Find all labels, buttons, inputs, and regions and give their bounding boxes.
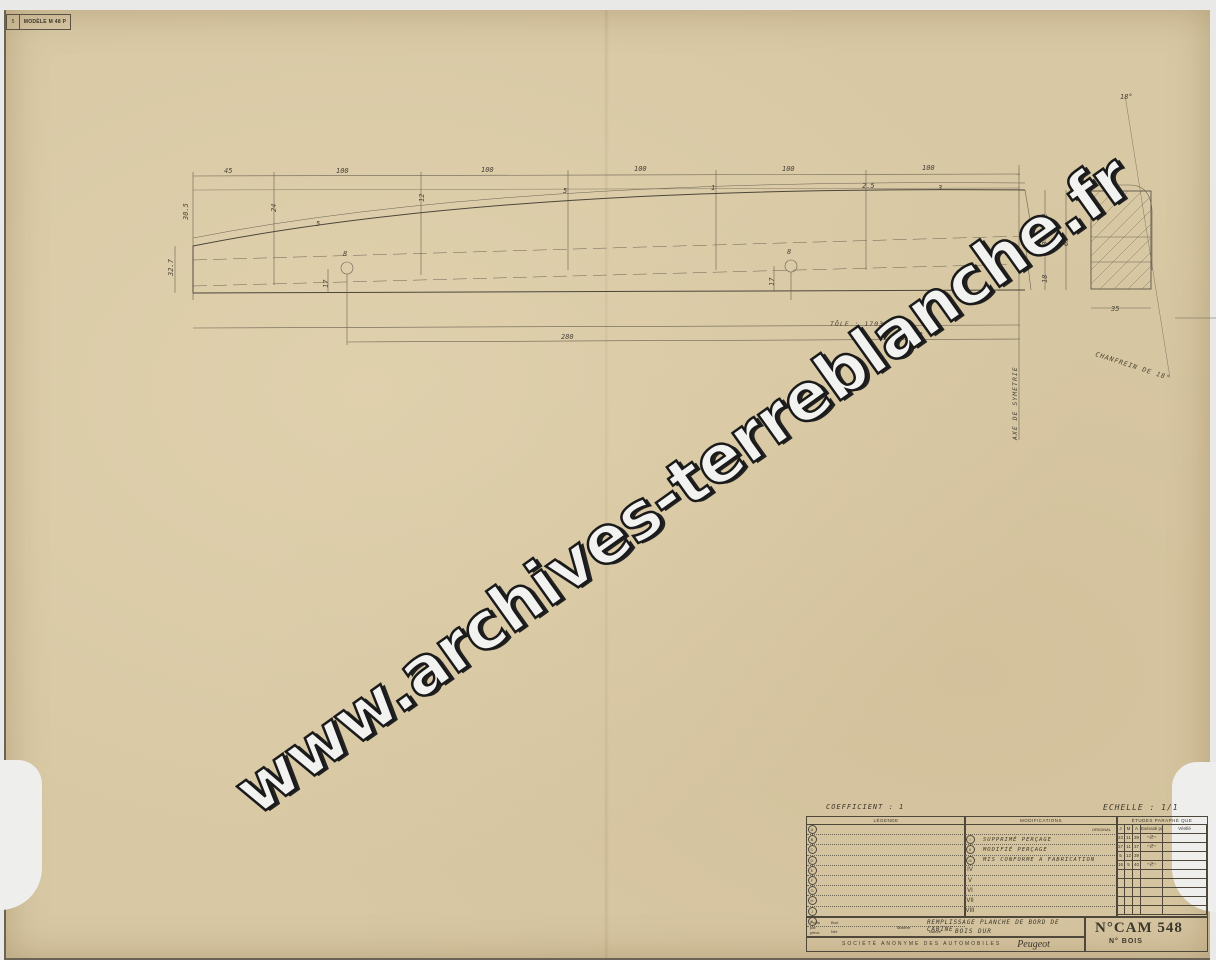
section-total-height: 65 — [1062, 238, 1070, 246]
section-dim-3: 18 — [1041, 275, 1049, 283]
dim-station-5: 1 — [711, 184, 715, 192]
legend-row: F — [807, 876, 965, 886]
hole-offset-1: 17 — [322, 279, 330, 288]
legend-table: LÉGENDE A B C D E F G H J K — [806, 816, 966, 918]
modification-row: VII — [965, 896, 1117, 906]
legend-row: D — [807, 856, 965, 866]
nature-value: BOIS DUR — [955, 928, 992, 935]
legend-row: A — [807, 825, 965, 835]
part-number: N°CAM 548 — [1095, 920, 1183, 937]
section-width: 35 — [1110, 305, 1119, 313]
dim-top-6: 100 — [922, 164, 935, 172]
approvals-grid: JMAExécuté parVérifié 231139~Ƨ~ 271137~Ƨ… — [1117, 825, 1207, 915]
dim-top-4: 100 — [634, 165, 647, 173]
modification-row: VI — [965, 886, 1117, 896]
part-number-block: N°CAM 548 N° BOIS — [1084, 916, 1208, 952]
modification-row: IIMODIFIÉ PERÇAGE — [965, 845, 1117, 855]
legend-row: C — [807, 845, 965, 855]
scale-label: ECHELLE : 1/1 — [1103, 803, 1179, 812]
dim-top-1: 45 — [224, 167, 232, 175]
legend-row: E — [807, 866, 965, 876]
axis-of-symmetry-label: AXE DE SYMETRIE — [1011, 366, 1019, 441]
dim-station-4: 5 — [563, 187, 567, 195]
hole-diameter-1: 8 — [343, 250, 347, 258]
dim-left-2: 32.7 — [167, 258, 175, 277]
dim-bottom-2: 150 — [910, 331, 923, 339]
modification-row: IV — [965, 866, 1117, 876]
coefficient-label: COEFFICIENT : 1 — [826, 803, 904, 811]
legend-row: H — [807, 896, 965, 906]
modification-row: V — [965, 876, 1117, 886]
part-sub-number: N° BOIS — [1109, 938, 1143, 945]
company-name: SOCIÉTÉ ANONYME DES AUTOMOBILES — [842, 941, 1001, 947]
dim-top-5: 100 — [782, 165, 795, 173]
modification-row: IIIMIS CONFORME A FABRICATION — [965, 856, 1117, 866]
dim-bottom-1: 280 — [561, 333, 574, 341]
section-top-offset: 4 — [1078, 184, 1082, 192]
original-row: ORIGINAL — [965, 825, 1117, 835]
chamfer-note: CHANFREIN DE 18° — [1094, 350, 1171, 382]
designation-value: REMPLISSAGE PLANCHE DE BORD DE CABINE — [927, 919, 1085, 933]
brand-signature: Peugeot — [1017, 939, 1050, 950]
modification-row: ISUPPRIMÉ PERÇAGE — [965, 835, 1117, 845]
title-block: LÉGENDE A B C D E F G H J K MODIFICATION… — [806, 816, 1206, 956]
modifications-table: MODIFICATIONS ORIGINAL ISUPPRIMÉ PERÇAGE… — [964, 816, 1118, 918]
section-dim-1: 22 — [1041, 214, 1049, 222]
designation-block: Poids par pièce Brut Net Matière REMPLIS… — [806, 916, 1086, 938]
section-angle: 18° — [1120, 93, 1133, 101]
dim-station-3: 12 — [418, 194, 426, 202]
approvals-header: ÉTUDES PARAPHÉ QUE — [1117, 817, 1207, 825]
dim-top-3: 100 — [481, 166, 494, 174]
legend-row: G — [807, 886, 965, 896]
company-footer: SOCIÉTÉ ANONYME DES AUTOMOBILES Peugeot — [806, 936, 1086, 952]
dim-left-1: 30.5 — [182, 203, 190, 221]
legend-header: LÉGENDE — [807, 817, 965, 825]
dim-station-2: 5 — [316, 220, 320, 228]
tole-note: TÔLE : 17030 — [830, 319, 889, 328]
modifications-header: MODIFICATIONS — [965, 817, 1117, 825]
dim-station-7: 3 — [937, 184, 942, 192]
dim-top-2: 100 — [336, 167, 349, 175]
dim-station-6: 2.5 — [862, 182, 875, 190]
hole-diameter-2: 8 — [787, 248, 791, 256]
dim-station-1: 24 — [270, 204, 278, 212]
hole-offset-2: 17 — [768, 277, 776, 286]
legend-row: B — [807, 835, 965, 845]
approvals-table: ÉTUDES PARAPHÉ QUE JMAExécuté parVérifié… — [1116, 816, 1208, 918]
section-dim-2: 20 — [1041, 242, 1049, 250]
